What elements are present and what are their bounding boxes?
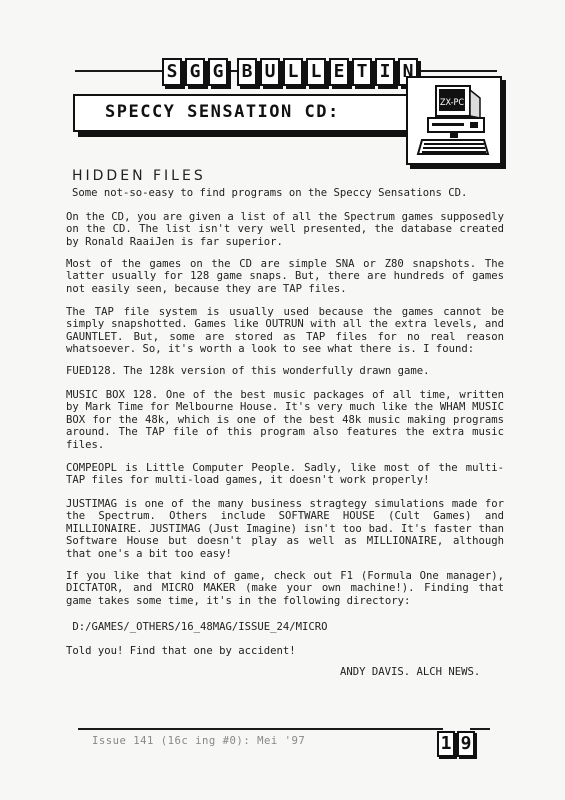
- masthead-letter: S: [162, 58, 182, 86]
- article-subtitle: Some not-so-easy to find programs on the…: [72, 187, 510, 199]
- masthead-sgg: S G G: [162, 58, 228, 86]
- masthead-letter: G: [208, 58, 228, 86]
- masthead-letter: E: [329, 58, 349, 86]
- masthead-letter: L: [306, 58, 326, 86]
- article-title: SPECCY SENSATION CD:: [105, 102, 340, 122]
- masthead-letter: I: [375, 58, 395, 86]
- masthead-letter: U: [260, 58, 280, 86]
- paragraph: JUSTIMAG is one of the many business str…: [66, 498, 504, 560]
- page-number: 1 9: [437, 731, 475, 757]
- masthead-letter: G: [185, 58, 205, 86]
- zx-pc-logo: ZX-PC: [406, 76, 502, 165]
- author-signature: ANDY DAVIS. ALCH NEWS.: [340, 666, 480, 678]
- masthead-letter: B: [237, 58, 257, 86]
- paragraph: If you like that kind of game, check out…: [66, 570, 504, 607]
- directory-path: D:/GAMES/_OTHERS/16_48MAG/ISSUE_24/MICRO: [66, 621, 504, 633]
- paragraph: On the CD, you are given a list of all t…: [66, 211, 504, 248]
- section-heading: HIDDEN FILES: [72, 168, 206, 184]
- page-digit: 9: [457, 731, 475, 757]
- masthead-letter: L: [283, 58, 303, 86]
- logo-screen-text: ZX-PC: [440, 98, 464, 108]
- paragraph: Most of the games on the CD are simple S…: [66, 258, 504, 295]
- paragraph: FUED128. The 128k version of this wonder…: [66, 365, 504, 377]
- title-banner: SPECCY SENSATION CD:: [73, 94, 422, 132]
- page-digit: 1: [437, 731, 455, 757]
- paragraph: MUSIC BOX 128. One of the best music pac…: [66, 389, 504, 451]
- footer-rule: [78, 728, 443, 730]
- paragraph: Told you! Find that one by accident!: [66, 645, 504, 657]
- paragraph: COMPEOPL is Little Computer People. Sadl…: [66, 462, 504, 487]
- issue-info: Issue 141 (16c ing #0): Mei '97: [92, 735, 305, 747]
- masthead-letter: T: [352, 58, 372, 86]
- computer-icon: ZX-PC: [408, 78, 500, 163]
- paragraph: The TAP file system is usually used beca…: [66, 306, 504, 356]
- masthead-bulletin: B U L L E T I N: [237, 58, 418, 86]
- footer-rule-right: [470, 728, 490, 730]
